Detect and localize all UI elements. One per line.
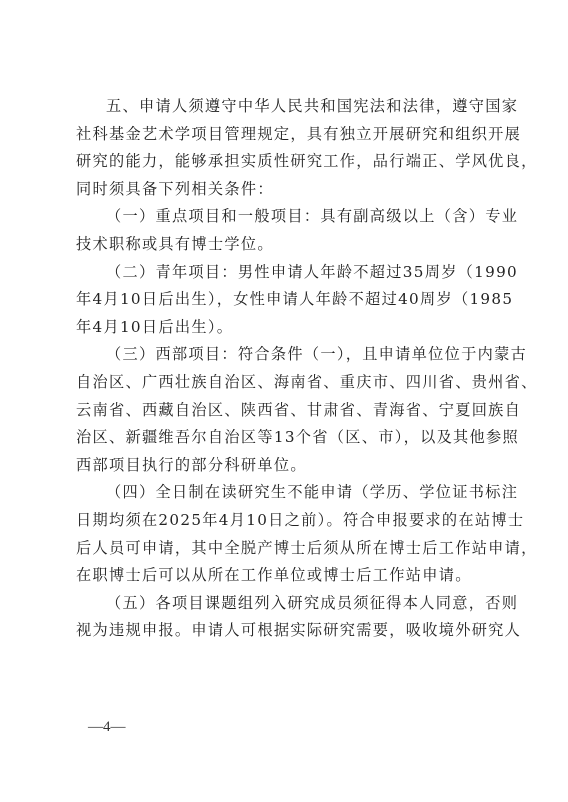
text-line: （二）青年项目：男性申请人年龄不超过35周岁（1990 [76, 259, 496, 287]
text-line: 技术职称或具有博士学位。 [76, 231, 496, 259]
text-line: 后人员可申请，其中全脱产博士后须从所在博士后工作站申请， [76, 535, 496, 563]
paragraph-item-5: （五）各项目课题组列入研究成员须征得本人同意，否则 视为违规申报。申请人可根据实… [76, 590, 496, 645]
document-body: 五、申请人须遵守中华人民共和国宪法和法律，遵守国家 社科基金艺术学项目管理规定，… [76, 93, 496, 645]
text-line: 视为违规申报。申请人可根据实际研究需要，吸收境外研究人 [76, 617, 496, 645]
text-line: 同时须具备下列相关条件： [76, 176, 496, 204]
text-line: 年4月10日后出生），女性申请人年龄不超过40周岁（1985 [76, 286, 496, 314]
paragraph-condition-five: 五、申请人须遵守中华人民共和国宪法和法律，遵守国家 社科基金艺术学项目管理规定，… [76, 93, 496, 203]
text-line: 年4月10日后出生）。 [76, 314, 496, 342]
text-line: （一）重点项目和一般项目：具有副高级以上（含）专业 [76, 203, 496, 231]
text-line: 西部项目执行的部分科研单位。 [76, 452, 496, 480]
paragraph-item-4: （四）全日制在读研究生不能申请（学历、学位证书标注 日期均须在2025年4月10… [76, 479, 496, 589]
paragraph-item-1: （一）重点项目和一般项目：具有副高级以上（含）专业 技术职称或具有博士学位。 [76, 203, 496, 258]
text-line: （五）各项目课题组列入研究成员须征得本人同意，否则 [76, 590, 496, 618]
text-line: 在职博士后可以从所在工作单位或博士后工作站申请。 [76, 562, 496, 590]
text-line: 自治区、广西壮族自治区、海南省、重庆市、四川省、贵州省、 [76, 369, 496, 397]
text-line: 研究的能力，能够承担实质性研究工作，品行端正、学风优良， [76, 148, 496, 176]
text-line: （三）西部项目：符合条件（一），且申请单位位于内蒙古 [76, 341, 496, 369]
text-line: 治区、新疆维吾尔自治区等13个省（区、市），以及其他参照 [76, 424, 496, 452]
paragraph-item-3: （三）西部项目：符合条件（一），且申请单位位于内蒙古 自治区、广西壮族自治区、海… [76, 341, 496, 479]
page-number: —4— [88, 719, 126, 736]
text-line: 日期均须在2025年4月10日之前）。符合申报要求的在站博士 [76, 507, 496, 535]
text-line: 云南省、西藏自治区、陕西省、甘肃省、青海省、宁夏回族自 [76, 397, 496, 425]
text-line: 社科基金艺术学项目管理规定，具有独立开展研究和组织开展 [76, 121, 496, 149]
text-line: 五、申请人须遵守中华人民共和国宪法和法律，遵守国家 [76, 93, 496, 121]
paragraph-item-2: （二）青年项目：男性申请人年龄不超过35周岁（1990 年4月10日后出生），女… [76, 259, 496, 342]
document-page: 五、申请人须遵守中华人民共和国宪法和法律，遵守国家 社科基金艺术学项目管理规定，… [0, 0, 568, 802]
text-line: （四）全日制在读研究生不能申请（学历、学位证书标注 [76, 479, 496, 507]
